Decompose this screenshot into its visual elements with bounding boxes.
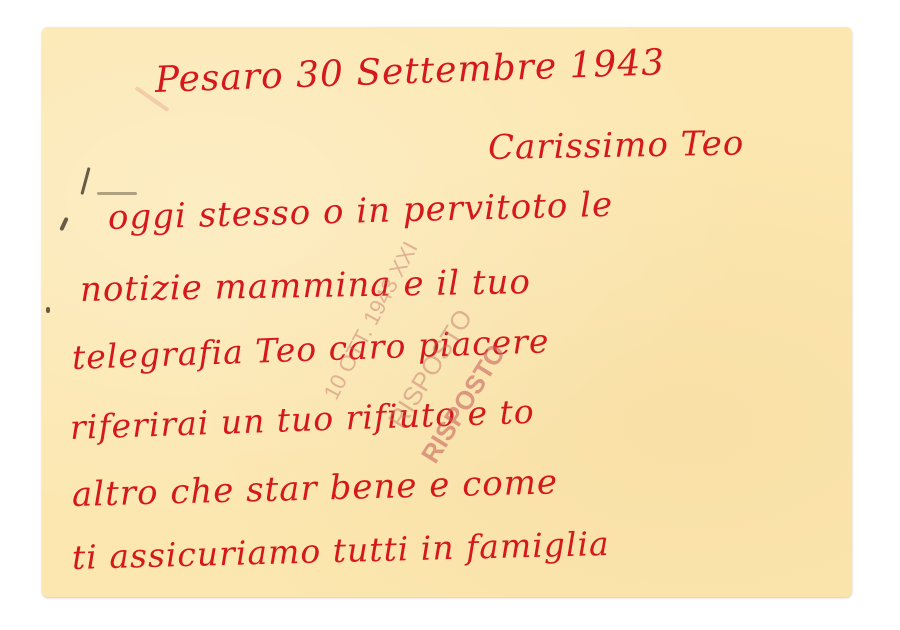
ink-smudge bbox=[97, 192, 137, 195]
page: Pesaro 30 Settembre 1943 Carissimo Teo o… bbox=[0, 0, 900, 630]
ink-smudge bbox=[59, 217, 69, 231]
ink-smudge bbox=[80, 167, 90, 195]
handwritten-line: notizie mammina e il tuo bbox=[80, 262, 532, 310]
handwritten-line: Carissimo Teo bbox=[488, 124, 745, 168]
ink-smudge bbox=[46, 307, 50, 313]
